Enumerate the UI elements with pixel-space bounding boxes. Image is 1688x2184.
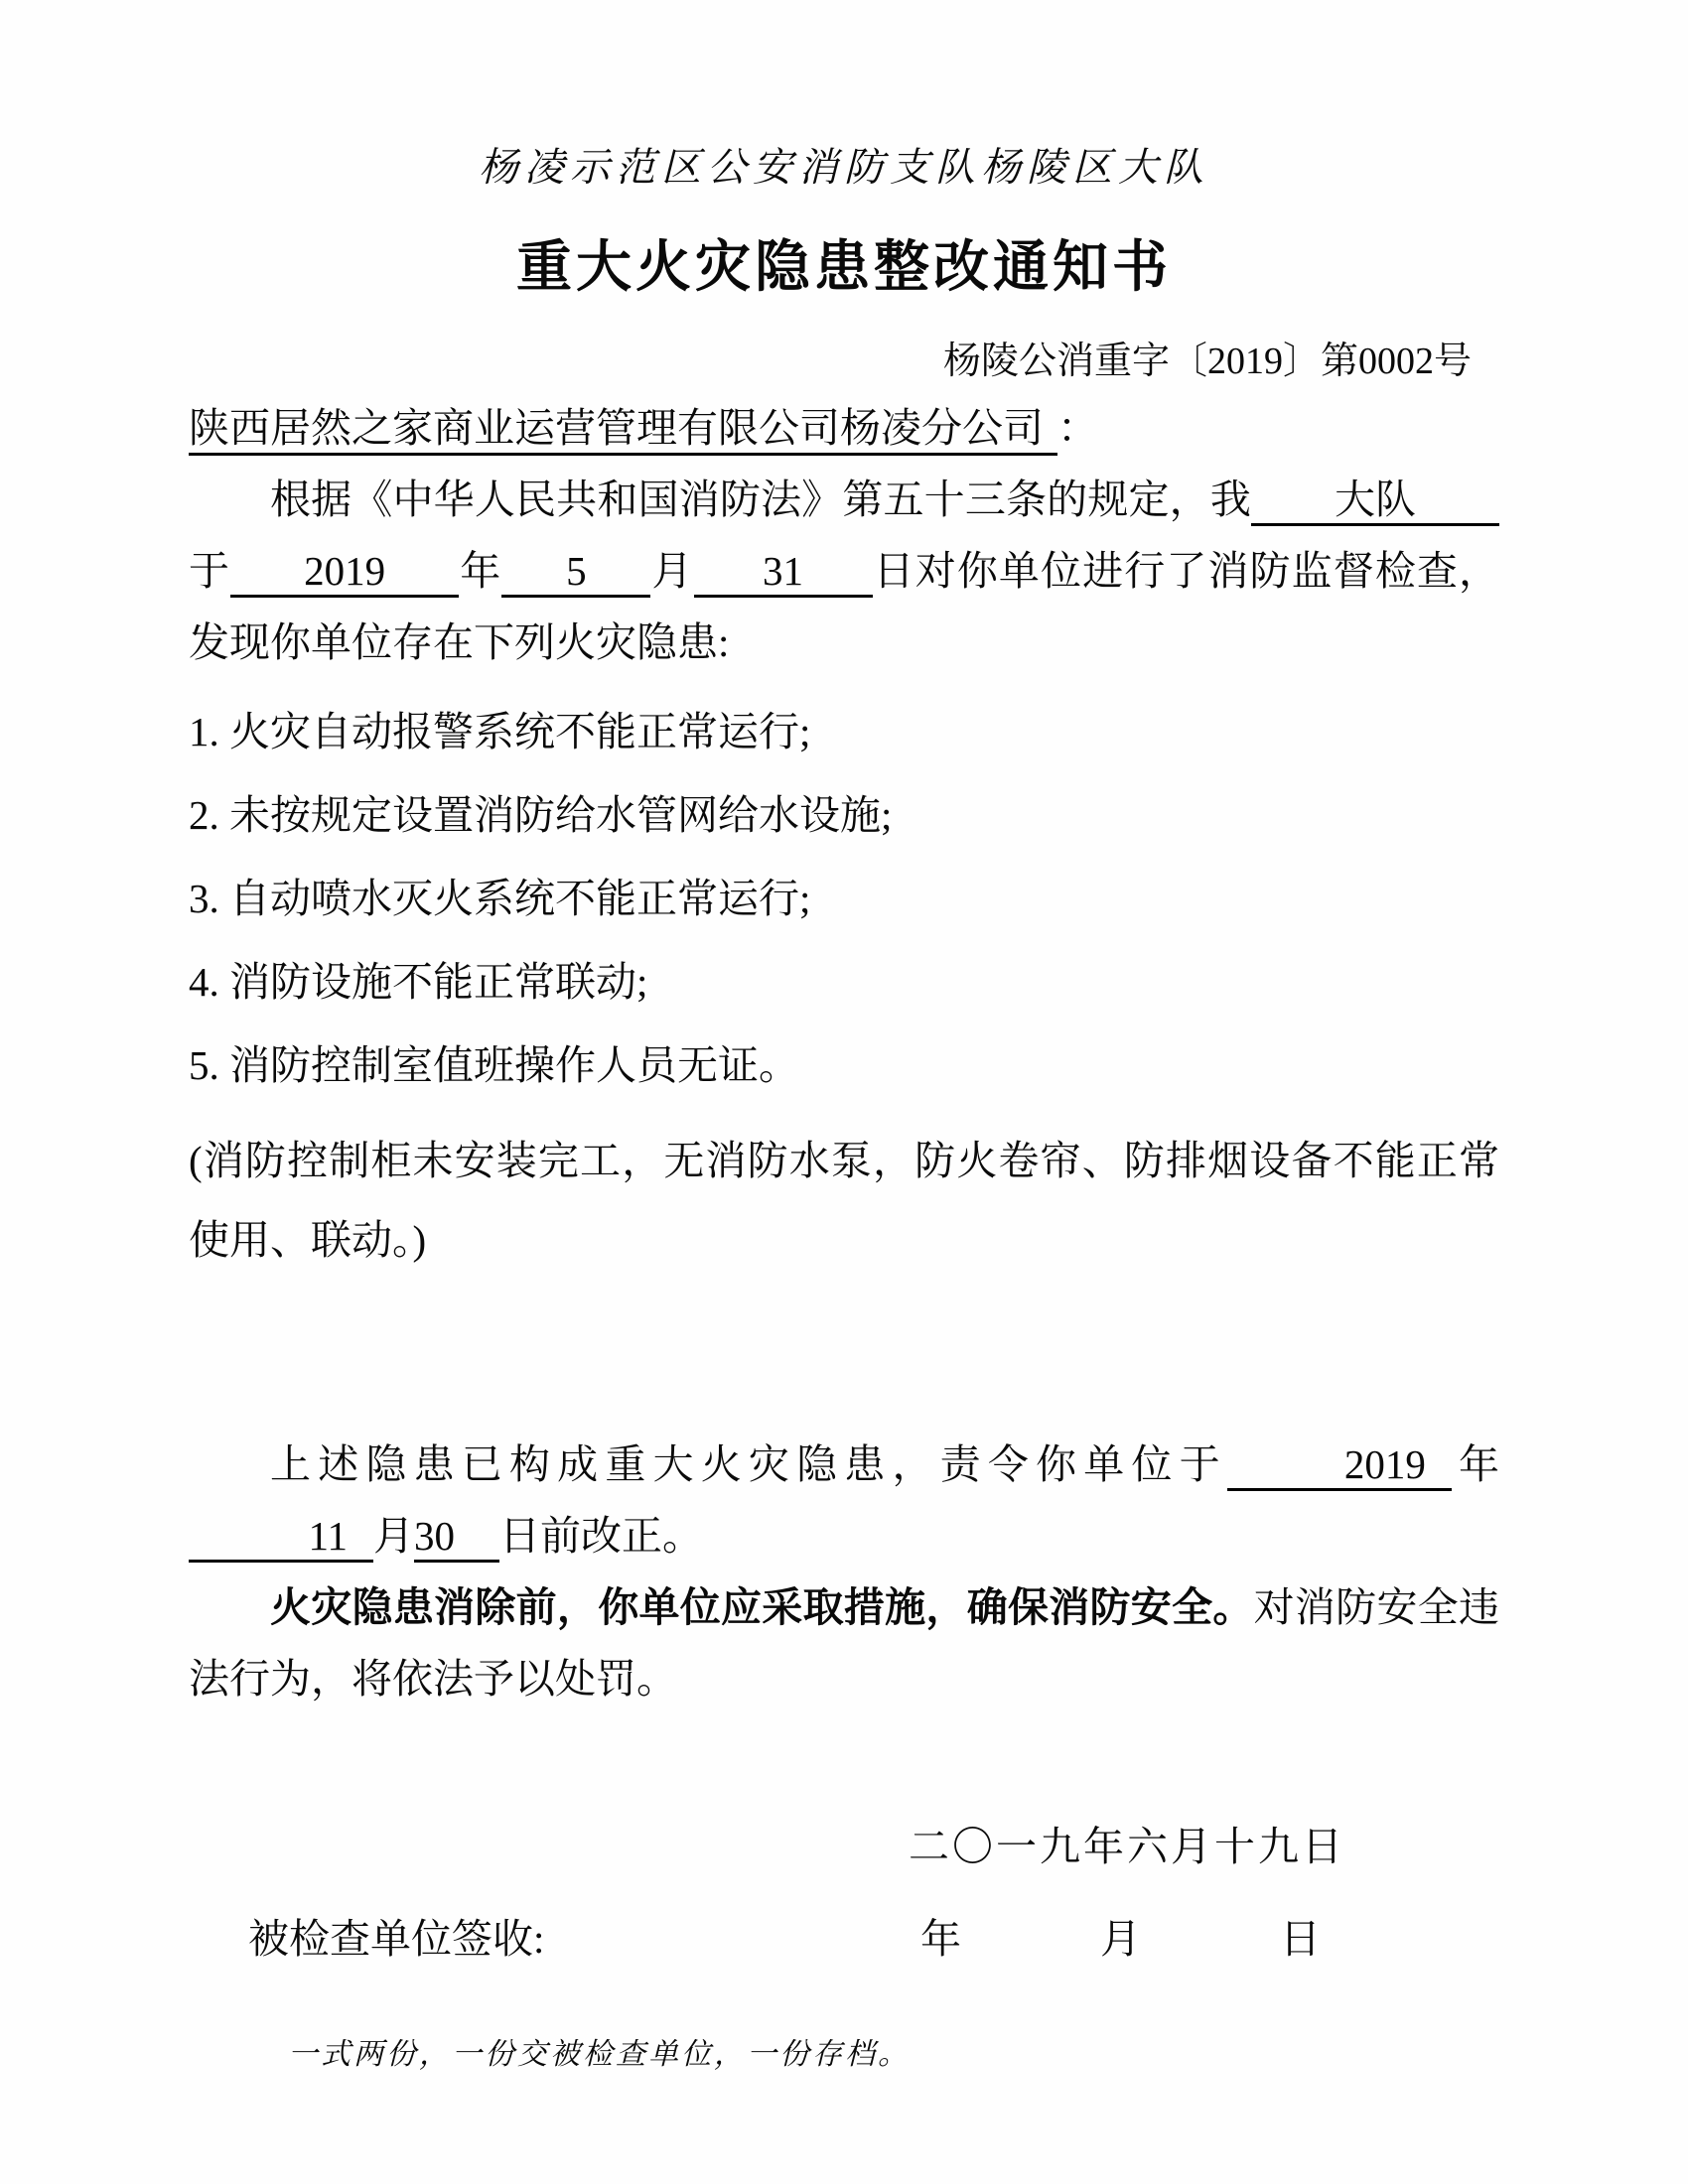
intro-yu-text: 于 xyxy=(189,548,230,594)
month-label: 月 xyxy=(650,548,693,594)
year-label: 年 xyxy=(459,548,501,594)
warning-bold-text: 火灾隐患消除前，你单位应采取措施，确保消防安全。 xyxy=(270,1584,1254,1630)
blank-space xyxy=(189,1280,1499,1429)
signature-year-label: 年 xyxy=(920,1913,961,1965)
issue-date: 二〇一九年六月十九日 xyxy=(189,1822,1499,1871)
signature-date-blanks: 年 月 日 xyxy=(920,1913,1321,1965)
addressee-name: 陕西居然之家商业运营管理有限公司杨凌分公司 xyxy=(189,405,1057,456)
unit-blank: 大队 xyxy=(1251,476,1499,526)
intro-basis-text: 根据《中华人民共和国消防法》第五十三条的规定，我 xyxy=(270,477,1251,522)
signature-day-label: 日 xyxy=(1280,1913,1321,1965)
document-page: 杨凌示范区公安消防支队杨陵区大队 重大火灾隐患整改通知书 杨陵公消重字〔2019… xyxy=(0,0,1688,2184)
inspection-day-blank: 31 xyxy=(694,547,873,598)
inspection-month-blank: 5 xyxy=(501,547,650,598)
addressee-colon: ： xyxy=(1057,405,1098,451)
deadline-end-text: 日前改正。 xyxy=(499,1513,703,1559)
note-paragraph: (消防控制柜未安装完工，无消防水泵，防火卷帘、防排烟设备不能正常使用、联动。) xyxy=(189,1121,1499,1280)
footer-note: 一式两份，一份交被检查单位，一份存档。 xyxy=(288,2036,1499,2074)
inspection-year-blank: 2019 xyxy=(230,547,459,598)
deadline-month-label: 月 xyxy=(373,1513,414,1559)
signature-month-label: 月 xyxy=(1100,1913,1141,1965)
deadline-day-blank: 30 xyxy=(414,1512,499,1563)
warning-paragraph: 火灾隐患消除前，你单位应采取措施，确保消防安全。对消防安全违法行为，将依法予以处… xyxy=(189,1571,1499,1714)
addressee-line: 陕西居然之家商业运营管理有限公司杨凌分公司： xyxy=(189,400,1499,456)
issuing-authority: 杨凌示范区公安消防支队杨陵区大队 xyxy=(189,144,1499,192)
deadline-order-text: 上述隐患已构成重大火灾隐患，责令你单位于 xyxy=(270,1441,1227,1487)
intro-paragraph: 根据《中华人民共和国消防法》第五十三条的规定，我大队于2019年5月31日对你单… xyxy=(189,464,1499,678)
deadline-year-blank: 2019 xyxy=(1227,1440,1452,1491)
deadline-paragraph: 上述隐患已构成重大火灾隐患，责令你单位于2019年11月30日前改正。 xyxy=(189,1429,1499,1571)
hazard-item: 5. 消防控制室值班操作人员无证。 xyxy=(189,1037,1499,1093)
deadline-month-blank: 11 xyxy=(189,1512,373,1563)
signature-row: 被检查单位签收: 年 月 日 xyxy=(189,1913,1499,1965)
document-title: 重大火灾隐患整改通知书 xyxy=(189,235,1499,299)
hazard-item: 3. 自动喷水灭火系统不能正常运行; xyxy=(189,871,1499,926)
hazard-item: 4. 消防设施不能正常联动; xyxy=(189,954,1499,1010)
hazard-item: 2. 未按规定设置消防给水管网给水设施; xyxy=(189,787,1499,843)
deadline-year-label: 年 xyxy=(1452,1441,1499,1487)
signature-label: 被检查单位签收: xyxy=(248,1913,544,1965)
hazard-item: 1. 火灾自动报警系统不能正常运行; xyxy=(189,704,1499,759)
document-number: 杨陵公消重字〔2019〕第0002号 xyxy=(189,339,1499,384)
hazard-list: 1. 火灾自动报警系统不能正常运行; 2. 未按规定设置消防给水管网给水设施; … xyxy=(189,704,1499,1093)
